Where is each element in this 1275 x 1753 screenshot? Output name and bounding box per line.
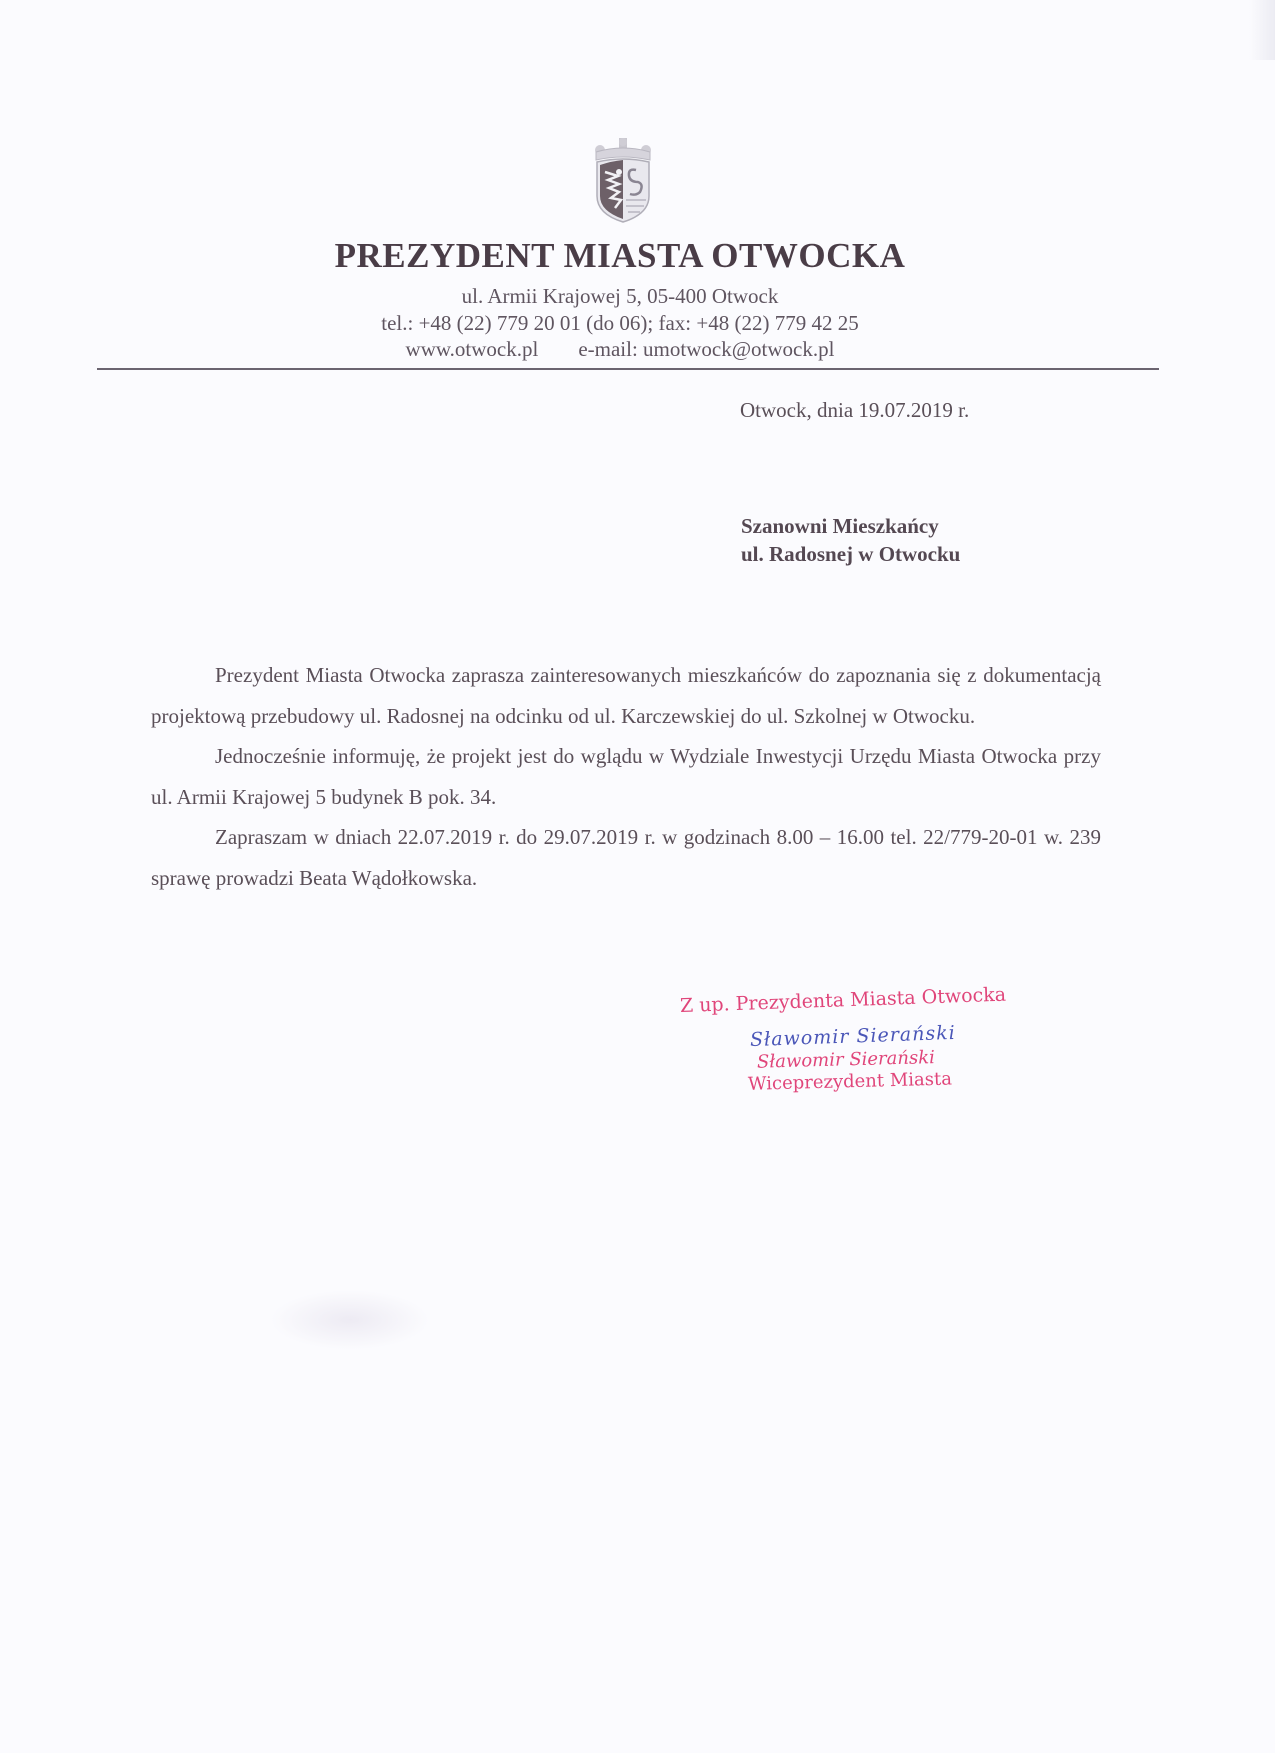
body-paragraph: Zapraszam w dniach 22.07.2019 r. do 29.0… xyxy=(151,817,1101,898)
body-paragraph: Prezydent Miasta Otwocka zaprasza zainte… xyxy=(151,655,1101,736)
coat-of-arms-icon xyxy=(588,138,658,224)
letterhead-website: www.otwock.pl xyxy=(406,337,539,361)
letterhead-address: ul. Armii Krajowej 5, 05-400 Otwock xyxy=(0,283,1240,309)
addressee-line-2: ul. Radosnej w Otwocku xyxy=(741,540,960,568)
stamp-authorization: Z up. Prezydenta Miasta Otwocka xyxy=(680,981,1041,1018)
letterhead-contact: www.otwock.ple-mail: umotwock@otwock.pl xyxy=(0,336,1240,362)
addressee-line-1: Szanowni Mieszkańcy xyxy=(741,512,960,540)
scan-smudge xyxy=(270,1290,430,1350)
letterhead-phone-fax: tel.: +48 (22) 779 20 01 (do 06); fax: +… xyxy=(0,310,1240,336)
signature-stamp: Z up. Prezydenta Miasta Otwocka Sławomir… xyxy=(680,994,1040,1092)
scan-edge-shadow xyxy=(1249,0,1275,60)
letterhead-divider xyxy=(97,368,1159,370)
letterhead-email: e-mail: umotwock@otwock.pl xyxy=(578,337,834,361)
body-paragraph: Jednocześnie informuję, że projekt jest … xyxy=(151,736,1101,817)
letter-body: Prezydent Miasta Otwocka zaprasza zainte… xyxy=(151,655,1101,898)
date-line: Otwock, dnia 19.07.2019 r. xyxy=(740,397,969,423)
addressee: Szanowni Mieszkańcy ul. Radosnej w Otwoc… xyxy=(741,512,960,568)
letterhead-title: PREZYDENT MIASTA OTWOCKA xyxy=(0,236,1240,276)
